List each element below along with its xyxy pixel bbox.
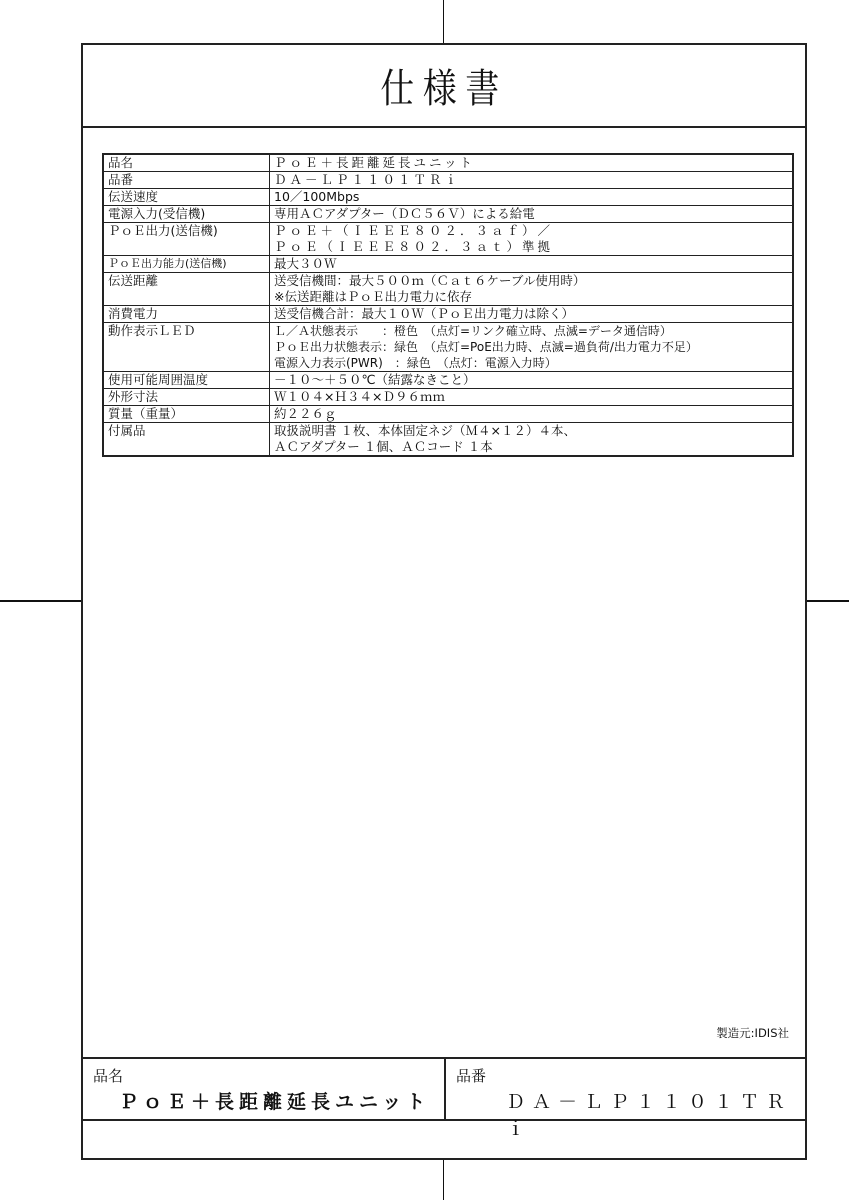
row-value: 送受信機間：最大５００ｍ（Ｃａｔ６ケーブル使用時）※伝送距離はＰｏＥ出力電力に依… — [270, 273, 794, 306]
row-value: 最大３０Ｗ — [270, 256, 794, 273]
row-label: 品番 — [103, 172, 270, 189]
product-name-value: ＰｏＥ＋長距離延長ユニット — [119, 1087, 430, 1114]
registration-mark-left — [0, 600, 81, 602]
table-row: 付属品 取扱説明書 １枚、本体固定ネジ（Ｍ４×１２）４本、ＡＣアダプター １個、… — [103, 423, 793, 457]
product-name-label: 品名 — [93, 1065, 123, 1086]
row-value: ＰｏＥ＋長距離延長ユニット — [270, 154, 794, 172]
row-value: Ｗ１０４×Ｈ３４×Ｄ９６ｍｍ — [270, 389, 794, 406]
row-value: ＰｏＥ＋（ＩＥＥＥ８０２．３ａｆ）／ＰｏＥ（ＩＥＥＥ８０２．３ａｔ）準拠 — [270, 223, 794, 256]
product-number-cell: 品番 ＤＡ－ＬＰ１１０１ＴＲｉ — [446, 1059, 805, 1119]
table-row: 動作表示ＬＥＤ Ｌ／Ａ状態表示 ：橙色 （点灯=リンク確立時、点滅=データ通信時… — [103, 323, 793, 372]
row-value: 取扱説明書 １枚、本体固定ネジ（Ｍ４×１２）４本、ＡＣアダプター １個、ＡＣコー… — [270, 423, 794, 457]
table-row: 消費電力 送受信機合計：最大１０Ｗ（ＰｏＥ出力電力は除く） — [103, 306, 793, 323]
title-block: 品名 ＰｏＥ＋長距離延長ユニット 品番 ＤＡ－ＬＰ１１０１ＴＲｉ — [83, 1057, 805, 1121]
document-title: 仕様書 — [380, 57, 508, 114]
product-name-cell: 品名 ＰｏＥ＋長距離延長ユニット — [83, 1059, 446, 1119]
table-row: 電源入力(受信機) 専用ＡＣアダプター（ＤＣ５６Ｖ）による給電 — [103, 206, 793, 223]
table-row: 外形寸法 Ｗ１０４×Ｈ３４×Ｄ９６ｍｍ — [103, 389, 793, 406]
row-label: 伝送距離 — [103, 273, 270, 306]
registration-mark-right — [807, 600, 849, 602]
registration-mark-bottom — [443, 1160, 444, 1200]
registration-mark-top — [443, 0, 444, 43]
table-row: 伝送距離 送受信機間：最大５００ｍ（Ｃａｔ６ケーブル使用時）※伝送距離はＰｏＥ出… — [103, 273, 793, 306]
row-label: 電源入力(受信機) — [103, 206, 270, 223]
row-value: Ｌ／Ａ状態表示 ：橙色 （点灯=リンク確立時、点滅=データ通信時）ＰｏＥ出力状態… — [270, 323, 794, 372]
row-label: 付属品 — [103, 423, 270, 457]
row-value: 10／100Mbps — [270, 189, 794, 206]
table-row: 品番 ＤＡ－ＬＰ１１０１ＴＲｉ — [103, 172, 793, 189]
document-frame: 仕様書 品名 ＰｏＥ＋長距離延長ユニット 品番 ＤＡ－ＬＰ１１０１ＴＲｉ 伝送速… — [81, 43, 807, 1160]
row-label: ＰｏＥ出力能力(送信機) — [103, 256, 270, 273]
row-value: 専用ＡＣアダプター（ＤＣ５６Ｖ）による給電 — [270, 206, 794, 223]
row-label: 動作表示ＬＥＤ — [103, 323, 270, 372]
row-label: 伝送速度 — [103, 189, 270, 206]
row-value: ＤＡ－ＬＰ１１０１ＴＲｉ — [270, 172, 794, 189]
manufacturer-note: 製造元:IDIS社 — [716, 1025, 789, 1041]
table-row: 品名 ＰｏＥ＋長距離延長ユニット — [103, 154, 793, 172]
row-label: ＰｏＥ出力(送信機) — [103, 223, 270, 256]
row-value: 約２２６ｇ — [270, 406, 794, 423]
row-label: 品名 — [103, 154, 270, 172]
table-row: ＰｏＥ出力能力(送信機) 最大３０Ｗ — [103, 256, 793, 273]
spec-table: 品名 ＰｏＥ＋長距離延長ユニット 品番 ＤＡ－ＬＰ１１０１ＴＲｉ 伝送速度 10… — [102, 153, 794, 457]
table-row: 質量（重量） 約２２６ｇ — [103, 406, 793, 423]
row-label: 外形寸法 — [103, 389, 270, 406]
row-value: －１０～＋５０℃（結露なきこと） — [270, 372, 794, 389]
table-row: ＰｏＥ出力(送信機) ＰｏＥ＋（ＩＥＥＥ８０２．３ａｆ）／ＰｏＥ（ＩＥＥＥ８０２… — [103, 223, 793, 256]
row-value: 送受信機合計：最大１０Ｗ（ＰｏＥ出力電力は除く） — [270, 306, 794, 323]
product-number-label: 品番 — [456, 1065, 486, 1086]
table-row: 伝送速度 10／100Mbps — [103, 189, 793, 206]
row-label: 使用可能周囲温度 — [103, 372, 270, 389]
title-box: 仕様書 — [83, 45, 805, 128]
table-row: 使用可能周囲温度 －１０～＋５０℃（結露なきこと） — [103, 372, 793, 389]
row-label: 質量（重量） — [103, 406, 270, 423]
row-label: 消費電力 — [103, 306, 270, 323]
product-number-value: ＤＡ－ＬＰ１１０１ＴＲｉ — [506, 1087, 805, 1141]
